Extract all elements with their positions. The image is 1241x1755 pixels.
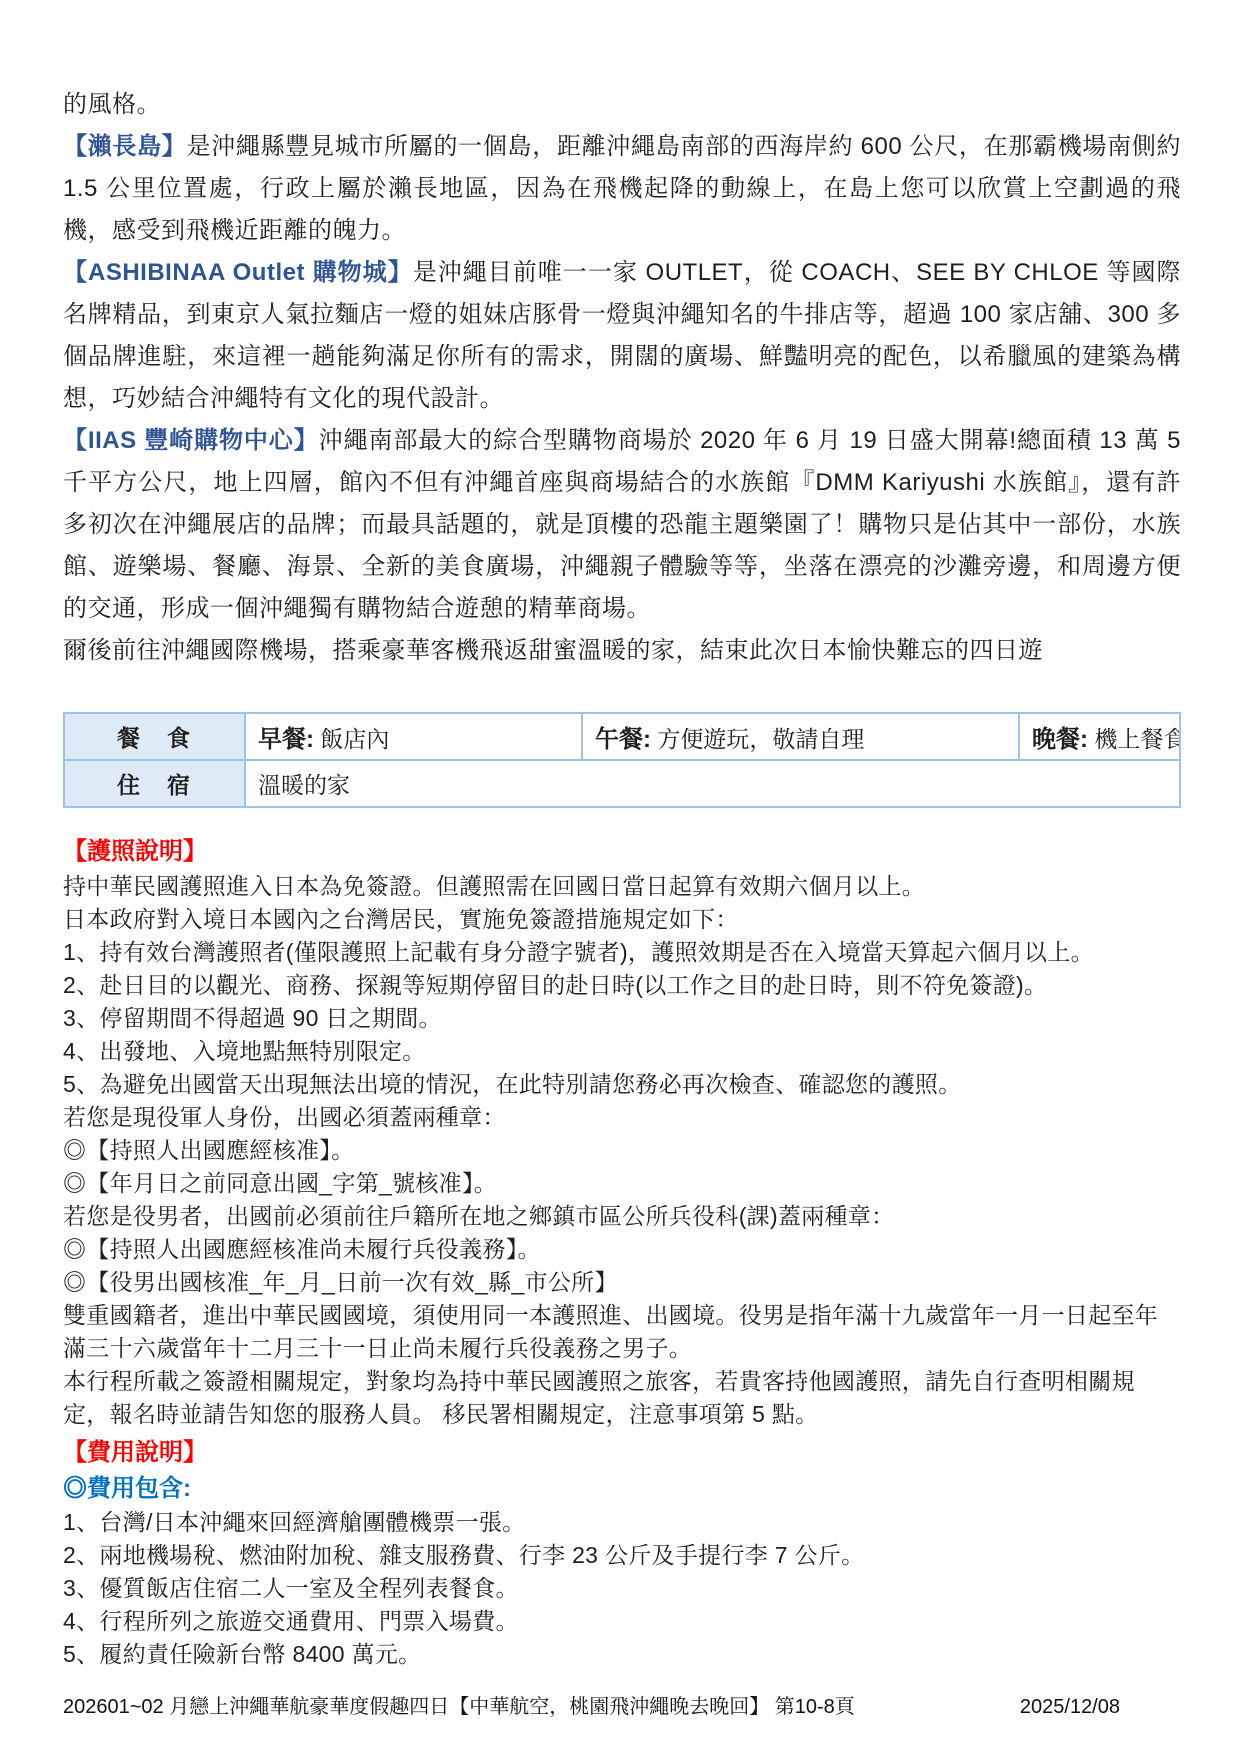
fee-item: 1、台灣/日本沖繩來回經濟艙團體機票一張。 <box>63 1506 1181 1539</box>
itinerary-paragraph: 【IIAS 豐崎購物中心】沖繩南部最大的綜合型購物商場於 2020 年 6 月 … <box>63 420 1181 630</box>
lodging-row: 住 宿 溫暖的家 <box>64 760 1180 807</box>
passport-line: 4、出發地、入境地點無特別限定。 <box>63 1035 1181 1068</box>
meal-row: 餐 食 早餐: 飯店內 午餐: 方便遊玩，敬請自理 晚餐: 機上餐食 <box>64 713 1180 760</box>
dinner-cell: 晚餐: 機上餐食 <box>1019 713 1180 760</box>
passport-line: 雙重國籍者，進出中華民國國境，須使用同一本護照進、出國境。役男是指年滿十九歲當年… <box>63 1299 1181 1365</box>
attraction-title: 【ASHIBINAA Outlet 購物城】 <box>63 259 413 286</box>
passport-lines: 持中華民國護照進入日本為免簽證。但護照需在回國日當日起算有效期六個月以上。 日本… <box>63 870 1181 1431</box>
itinerary-paragraph: 【ASHIBINAA Outlet 購物城】是沖繩目前唯一一家 OUTLET，從… <box>63 252 1181 420</box>
page-footer: 202601~02 月戀上沖繩華航豪華度假趣四日【中華航空，桃園飛沖繩晚去晚回】… <box>63 1690 1178 1719</box>
attraction-title: 【瀨長島】 <box>63 133 186 160</box>
footer-text: 202601~02 月戀上沖繩華航豪華度假趣四日【中華航空，桃園飛沖繩晚去晚回】… <box>63 1690 855 1719</box>
breakfast-cell: 早餐: 飯店內 <box>245 713 582 760</box>
passport-line: 5、為避免出國當天出現無法出境的情況，在此特別請您務必再次檢查、確認您的護照。 <box>63 1068 1181 1101</box>
footer-date: 2025/12/08 <box>1020 1696 1120 1719</box>
passport-line: ◎【年月日之前同意出國_字第_號核准】。 <box>63 1167 1181 1200</box>
fee-item: 5、履約責任險新台幣 8400 萬元。 <box>63 1638 1181 1671</box>
breakfast-label: 早餐: <box>258 726 314 753</box>
closing-paragraph: 爾後前往沖繩國際機場，搭乘豪華客機飛返甜蜜溫暖的家，結束此次日本愉快難忘的四日遊 <box>63 630 1181 672</box>
fee-includes-label: ◎費用包含: <box>63 1471 1181 1506</box>
passport-line: 日本政府對入境日本國內之台灣居民，實施免簽證措施規定如下： <box>63 903 1181 936</box>
passport-line: 持中華民國護照進入日本為免簽證。但護照需在回國日當日起算有效期六個月以上。 <box>63 870 1181 903</box>
passport-line: 若您是役男者，出國前必須前往戶籍所在地之鄉鎮市區公所兵役科(課)蓋兩種章： <box>63 1200 1181 1233</box>
passport-line: 若您是現役軍人身份，出國必須蓋兩種章： <box>63 1101 1181 1134</box>
intro-paragraph: 的風格。 <box>63 84 1181 126</box>
document-content: 的風格。 【瀨長島】是沖繩縣豐見城市所屬的一個島，距離沖繩島南部的西海岸約 60… <box>63 84 1181 1671</box>
fee-items: 1、台灣/日本沖繩來回經濟艙團體機票一張。 2、兩地機場稅、燃油附加稅、雜支服務… <box>63 1506 1181 1671</box>
fee-item: 2、兩地機場稅、燃油附加稅、雜支服務費、行李 23 公斤及手提行李 7 公斤。 <box>63 1539 1181 1572</box>
intro-text: 的風格。 <box>63 91 161 118</box>
lunch-label: 午餐: <box>595 726 651 753</box>
passport-line: ◎【持照人出國應經核准】。 <box>63 1134 1181 1167</box>
dinner-label: 晚餐: <box>1032 726 1088 753</box>
passport-line: 1、持有效台灣護照者(僅限護照上記載有身分證字號者)，護照效期是否在入境當天算起… <box>63 936 1181 969</box>
passport-line: 本行程所載之簽證相關規定，對象均為持中華民國護照之旅客，若貴客持他國護照，請先自… <box>63 1365 1181 1431</box>
fee-item: 4、行程所列之旅遊交通費用、門票入場費。 <box>63 1605 1181 1638</box>
breakfast-value: 飯店內 <box>320 726 389 752</box>
passport-line: 3、停留期間不得超過 90 日之期間。 <box>63 1002 1181 1035</box>
lodging-value-cell: 溫暖的家 <box>245 760 1180 807</box>
meal-lodging-table: 餐 食 早餐: 飯店內 午餐: 方便遊玩，敬請自理 晚餐: 機上餐食 住 宿 溫… <box>63 712 1181 808</box>
attraction-body: 沖繩南部最大的綜合型購物商場於 2020 年 6 月 19 日盛大開幕!總面積 … <box>63 427 1181 622</box>
passport-line: ◎【役男出國核准_年_月_日前一次有效_縣_市公所】 <box>63 1266 1181 1299</box>
fee-item: 3、優質飯店住宿二人一室及全程列表餐食。 <box>63 1572 1181 1605</box>
passport-line: 2、赴日目的以觀光、商務、探親等短期停留目的赴日時(以工作之目的赴日時，則不符免… <box>63 969 1181 1002</box>
meal-label-cell: 餐 食 <box>64 713 245 760</box>
fee-section-title: 【費用說明】 <box>63 1435 1181 1471</box>
dinner-value: 機上餐食 <box>1094 726 1180 752</box>
passport-section-title: 【護照說明】 <box>63 834 1181 870</box>
attraction-title: 【IIAS 豐崎購物中心】 <box>63 427 319 454</box>
lunch-cell: 午餐: 方便遊玩，敬請自理 <box>582 713 1019 760</box>
passport-line: ◎【持照人出國應經核准尚未履行兵役義務】。 <box>63 1233 1181 1266</box>
attraction-paragraphs: 【瀨長島】是沖繩縣豐見城市所屬的一個島，距離沖繩島南部的西海岸約 600 公尺，… <box>63 126 1181 630</box>
itinerary-paragraph: 【瀨長島】是沖繩縣豐見城市所屬的一個島，距離沖繩島南部的西海岸約 600 公尺，… <box>63 126 1181 252</box>
lunch-value: 方便遊玩，敬請自理 <box>657 726 864 752</box>
attraction-body: 是沖繩縣豐見城市所屬的一個島，距離沖繩島南部的西海岸約 600 公尺，在那霸機場… <box>63 133 1181 244</box>
lodging-label-cell: 住 宿 <box>64 760 245 807</box>
